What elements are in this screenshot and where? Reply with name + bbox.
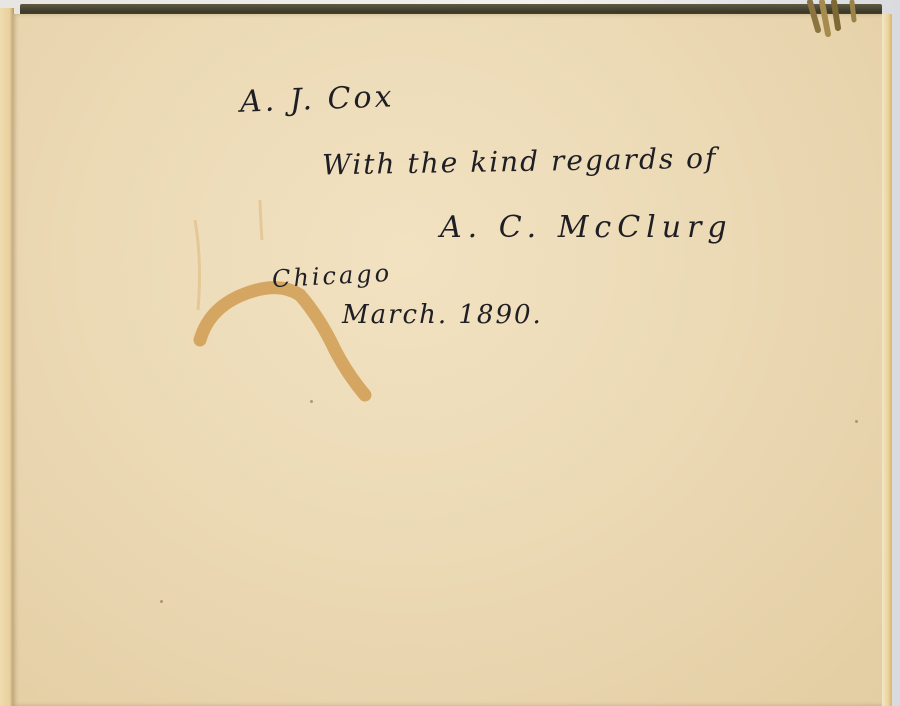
paper-speck — [160, 600, 163, 603]
paper-speck — [310, 400, 313, 403]
deckled-page-edge — [882, 14, 892, 706]
recipient-name: A. J. Cox — [239, 79, 395, 119]
signature: A. C. McClurg — [440, 210, 733, 245]
date: March. 1890. — [342, 300, 543, 330]
metal-clip — [800, 0, 870, 38]
paper-speck — [855, 420, 858, 423]
dedication-text: With the kind regards of — [322, 142, 718, 182]
flyleaf-page — [12, 14, 887, 706]
